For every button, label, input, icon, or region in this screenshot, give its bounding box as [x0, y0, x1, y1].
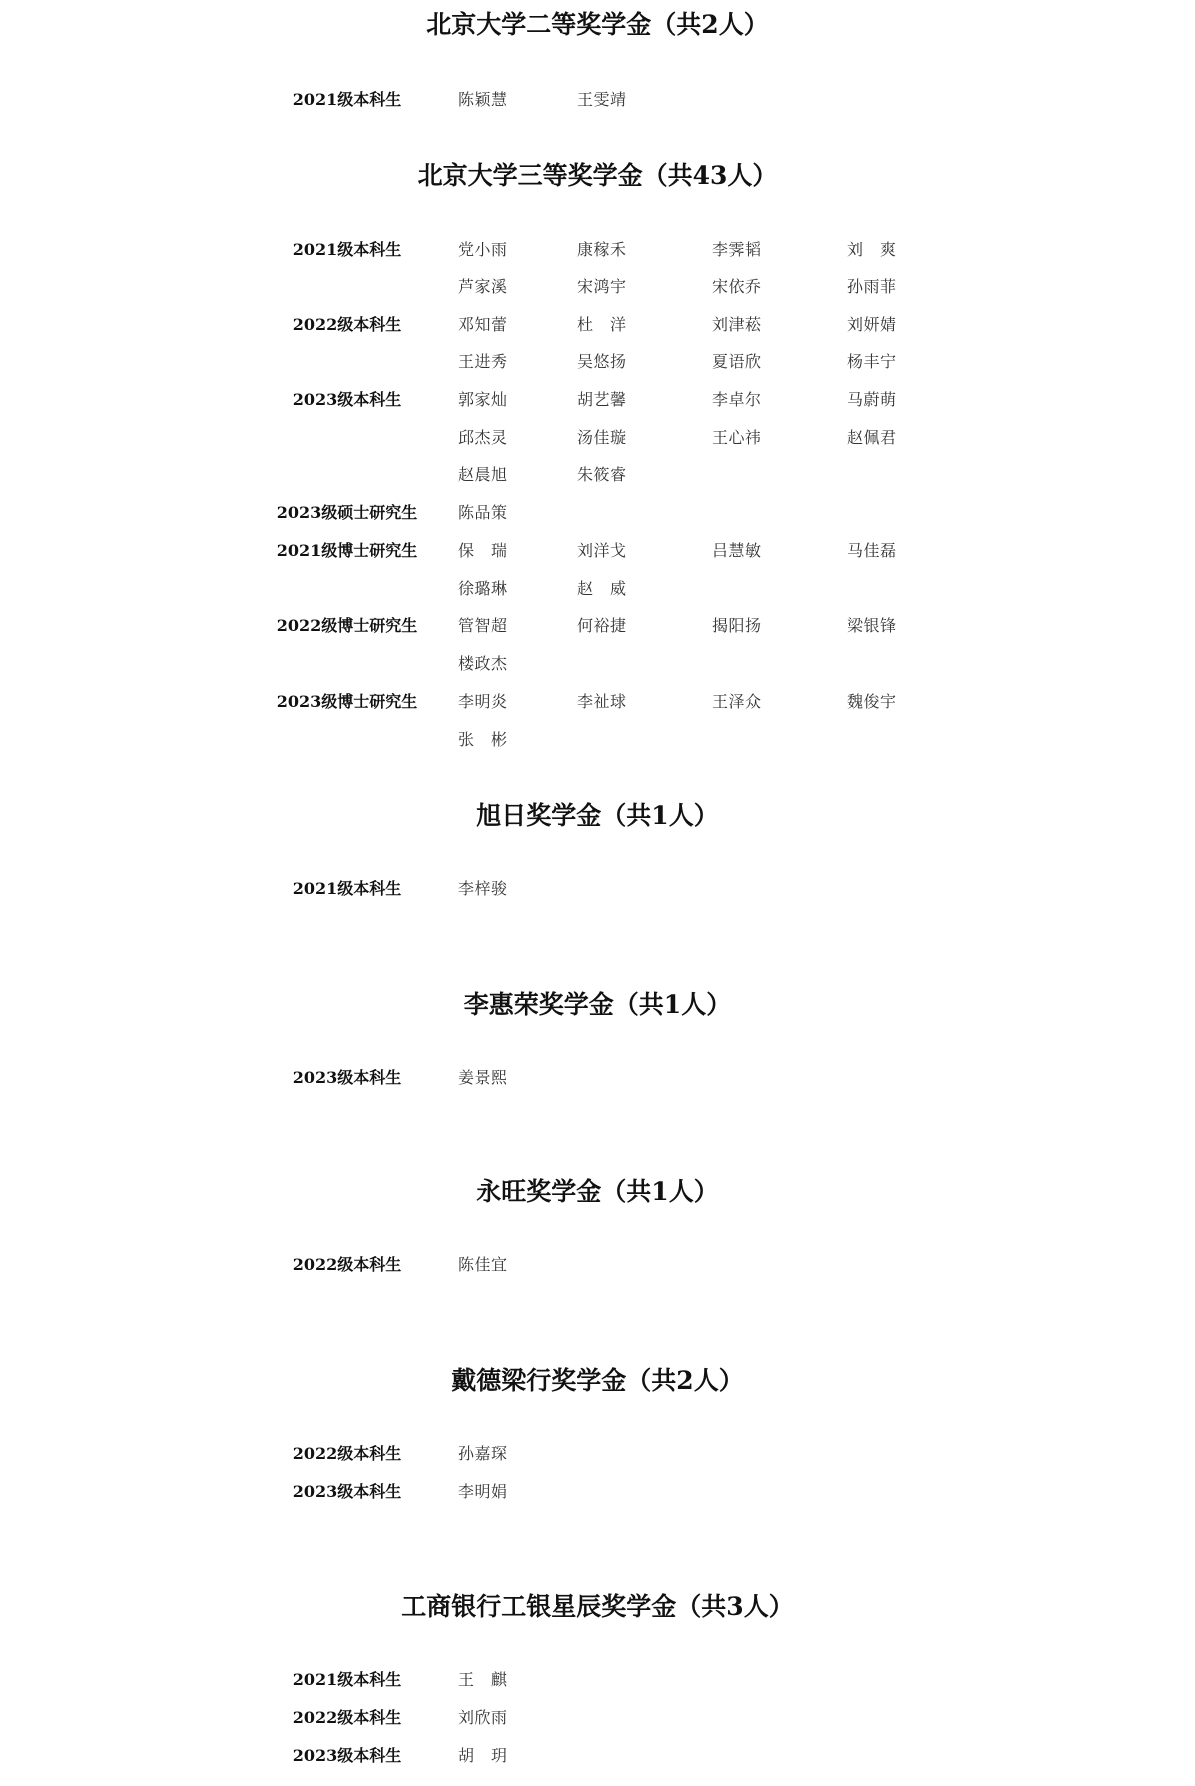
recipient-name: 胡艺馨 [577, 388, 627, 412]
cohort-label: 2022级本科生 [262, 1706, 432, 1730]
cohort-label: 2023级本科生 [262, 1744, 432, 1768]
cohort-label: 2023级本科生 [262, 388, 432, 412]
recipient-name: 王 麒 [458, 1668, 508, 1692]
recipient-name: 刘妍婧 [847, 313, 897, 337]
recipient-name: 孙嘉琛 [458, 1442, 508, 1466]
recipient-name: 杜 洋 [577, 313, 627, 337]
recipient-name: 杨丰宁 [847, 350, 897, 374]
cohort-label: 2021级博士研究生 [262, 539, 432, 563]
section-title: 北京大学三等奖学金（共43人） [0, 161, 1195, 191]
recipient-name: 陈颖慧 [458, 88, 508, 112]
section-title: 永旺奖学金（共1人） [0, 1177, 1195, 1207]
list-row: 2023级博士研究生 李明炎 李祉球 王泽众 魏俊宇 [0, 690, 1195, 714]
list-row: 王进秀 吴悠扬 夏语欣 杨丰宁 [0, 350, 1195, 374]
cohort-label: 2021级本科生 [262, 877, 432, 901]
recipient-name: 李卓尔 [712, 388, 762, 412]
cohort-label: 2023级硕士研究生 [262, 501, 432, 525]
recipient-name: 王进秀 [458, 350, 508, 374]
recipient-name: 王泽众 [712, 690, 762, 714]
recipient-name: 刘欣雨 [458, 1706, 508, 1730]
recipient-name: 赵晨旭 [458, 463, 508, 487]
recipient-name: 马佳磊 [847, 539, 897, 563]
recipient-name: 宋鸿宇 [577, 275, 627, 299]
recipient-name: 胡 玥 [458, 1744, 508, 1768]
recipient-name: 李梓骏 [458, 877, 508, 901]
list-row: 2021级本科生 党小雨 康稼禾 李霁韬 刘 爽 [0, 238, 1195, 262]
recipient-name: 张 彬 [458, 728, 508, 752]
recipient-name: 吴悠扬 [577, 350, 627, 374]
list-row: 邱杰灵 汤佳璇 王心祎 赵佩君 [0, 426, 1195, 450]
section-title: 工商银行工银星辰奖学金（共3人） [0, 1592, 1195, 1622]
recipient-name: 梁银锋 [847, 614, 897, 638]
recipient-name: 陈品策 [458, 501, 508, 525]
list-row: 2021级博士研究生 保 瑞 刘洋戈 吕慧敏 马佳磊 [0, 539, 1195, 563]
recipient-name: 邱杰灵 [458, 426, 508, 450]
section-title: 旭日奖学金（共1人） [0, 801, 1195, 831]
cohort-label: 2022级本科生 [262, 313, 432, 337]
recipient-name: 楼政杰 [458, 652, 508, 676]
recipient-name: 夏语欣 [712, 350, 762, 374]
cohort-label: 2023级博士研究生 [262, 690, 432, 714]
cohort-label: 2023级本科生 [262, 1066, 432, 1090]
list-row: 2022级本科生 孙嘉琛 [0, 1442, 1195, 1466]
recipient-name: 李霁韬 [712, 238, 762, 262]
list-row: 徐璐琳 赵 威 [0, 577, 1195, 601]
recipient-name: 王雯靖 [577, 88, 627, 112]
recipient-name: 赵 威 [577, 577, 627, 601]
list-row: 2021级本科生 王 麒 [0, 1668, 1195, 1692]
recipient-name: 汤佳璇 [577, 426, 627, 450]
recipient-name: 揭阳扬 [712, 614, 762, 638]
list-row: 2023级本科生 姜景熙 [0, 1066, 1195, 1090]
recipient-name: 陈佳宜 [458, 1253, 508, 1277]
list-row: 2023级本科生 胡 玥 [0, 1744, 1195, 1768]
cohort-label: 2021级本科生 [262, 238, 432, 262]
list-row: 2022级本科生 刘欣雨 [0, 1706, 1195, 1730]
recipient-name: 孙雨菲 [847, 275, 897, 299]
cohort-label: 2023级本科生 [262, 1480, 432, 1504]
list-row: 2023级本科生 郭家灿 胡艺馨 李卓尔 马蔚萌 [0, 388, 1195, 412]
list-row: 张 彬 [0, 728, 1195, 752]
recipient-name: 吕慧敏 [712, 539, 762, 563]
recipient-name: 魏俊宇 [847, 690, 897, 714]
section-title: 戴德梁行奖学金（共2人） [0, 1366, 1195, 1396]
cohort-label: 2021级本科生 [262, 88, 432, 112]
list-row: 2022级本科生 邓知蕾 杜 洋 刘津菘 刘妍婧 [0, 313, 1195, 337]
recipient-name: 马蔚萌 [847, 388, 897, 412]
recipient-name: 党小雨 [458, 238, 508, 262]
list-row: 芦家溪 宋鸿宇 宋依乔 孙雨菲 [0, 275, 1195, 299]
recipient-name: 刘 爽 [847, 238, 897, 262]
cohort-label: 2021级本科生 [262, 1668, 432, 1692]
recipient-name: 王心祎 [712, 426, 762, 450]
recipient-name: 赵佩君 [847, 426, 897, 450]
recipient-name: 朱筱睿 [577, 463, 627, 487]
recipient-name: 李明炎 [458, 690, 508, 714]
recipient-name: 芦家溪 [458, 275, 508, 299]
list-row: 2021级本科生 李梓骏 [0, 877, 1195, 901]
recipient-name: 宋依乔 [712, 275, 762, 299]
section-title: 李惠荣奖学金（共1人） [0, 990, 1195, 1020]
recipient-name: 刘洋戈 [577, 539, 627, 563]
section-title: 北京大学二等奖学金（共2人） [0, 10, 1195, 40]
recipient-name: 何裕捷 [577, 614, 627, 638]
recipient-name: 刘津菘 [712, 313, 762, 337]
cohort-label: 2022级本科生 [262, 1442, 432, 1466]
list-row: 2022级博士研究生 管智超 何裕捷 揭阳扬 梁银锋 [0, 614, 1195, 638]
list-row: 楼政杰 [0, 652, 1195, 676]
list-row: 2023级硕士研究生 陈品策 [0, 501, 1195, 525]
cohort-label: 2022级博士研究生 [262, 614, 432, 638]
recipient-name: 康稼禾 [577, 238, 627, 262]
recipient-name: 李祉球 [577, 690, 627, 714]
recipient-name: 姜景熙 [458, 1066, 508, 1090]
cohort-label: 2022级本科生 [262, 1253, 432, 1277]
list-row: 2021级本科生 陈颖慧 王雯靖 [0, 88, 1195, 112]
recipient-name: 保 瑞 [458, 539, 508, 563]
list-row: 2022级本科生 陈佳宜 [0, 1253, 1195, 1277]
recipient-name: 李明娟 [458, 1480, 508, 1504]
list-row: 赵晨旭 朱筱睿 [0, 463, 1195, 487]
recipient-name: 郭家灿 [458, 388, 508, 412]
recipient-name: 邓知蕾 [458, 313, 508, 337]
recipient-name: 徐璐琳 [458, 577, 508, 601]
list-row: 2023级本科生 李明娟 [0, 1480, 1195, 1504]
recipient-name: 管智超 [458, 614, 508, 638]
